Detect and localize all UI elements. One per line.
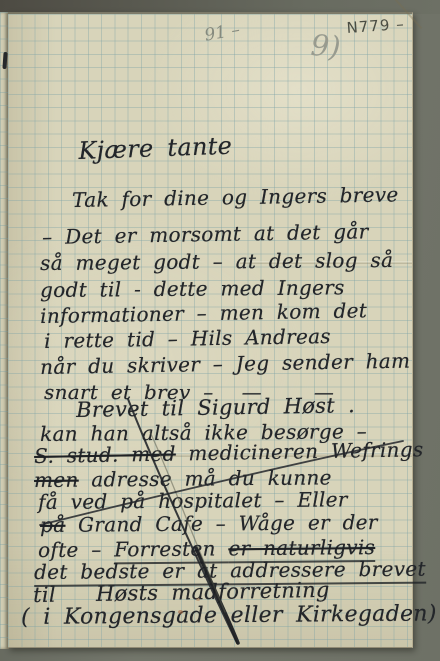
handwritten-line: Brevet til Sigurd Høst . [76, 395, 355, 421]
rust-stain [178, 610, 183, 614]
photograph-background: 91 – 9) N779 – Kjære tanteTak for dine o… [0, 0, 440, 661]
handwritten-line: få ved på hospitalet – Eller [38, 489, 348, 512]
handwritten-text: når du skriver – Jeg sender ham [40, 349, 411, 379]
handwritten-text: til [33, 583, 56, 607]
crossed-out-text: på [40, 513, 66, 537]
handwritten-line: så meget godt – at det slog så [40, 250, 393, 273]
handwritten-text: medicineren Wefrings [176, 437, 424, 465]
handwritten-text: så meget godt – at det slog så [40, 248, 393, 275]
rust-stain [196, 598, 200, 601]
handwritten-line: informationer – men kom det [40, 300, 367, 326]
handwritten-line: Tak for dine og Ingers breve [72, 184, 399, 210]
handwritten-text: – Det er morsomt at det går [42, 219, 369, 249]
handwritten-text: Grand Cafe – Wåge er der [65, 510, 377, 537]
handwritten-text: godt til - dette med Ingers [40, 275, 345, 302]
handwritten-line: S. stud. med medicineren Wefrings [34, 439, 424, 466]
handwritten-line: ( i Kongensgade eller Kirkegaden) [21, 603, 437, 629]
handwritten-text: ( i Kongensgade eller Kirkegaden) [21, 601, 437, 630]
handwritten-text: Brevet til Sigurd Høst . [76, 393, 355, 422]
greeting-line: Kjære tante [78, 134, 233, 163]
handwritten-line: godt til - dette med Ingers [40, 277, 345, 300]
handwritten-text: i rette tid – Hils Andreas [44, 324, 331, 353]
handwritten-line: – Det er morsomt at det går [42, 221, 369, 247]
handwritten-line: når du skriver – Jeg sender ham [40, 351, 410, 377]
handwritten-text: Tak for dine og Ingers breve [72, 182, 399, 212]
handwriting-layer: Kjære tanteTak for dine og Ingers breve–… [0, 0, 440, 661]
handwritten-text: ofte – [38, 537, 114, 562]
handwritten-line: det bedste er at addressere brevet [34, 559, 426, 582]
handwritten-text: Kjære tante [78, 132, 233, 165]
handwritten-line: i rette tid – Hils Andreas [44, 326, 331, 351]
handwritten-line: på Grand Cafe – Wåge er der [40, 512, 378, 535]
crossed-out-text: S. stud. med [34, 442, 176, 468]
handwritten-line: men adresse må du kunne [34, 467, 332, 490]
crossed-out-text: men [34, 468, 79, 492]
